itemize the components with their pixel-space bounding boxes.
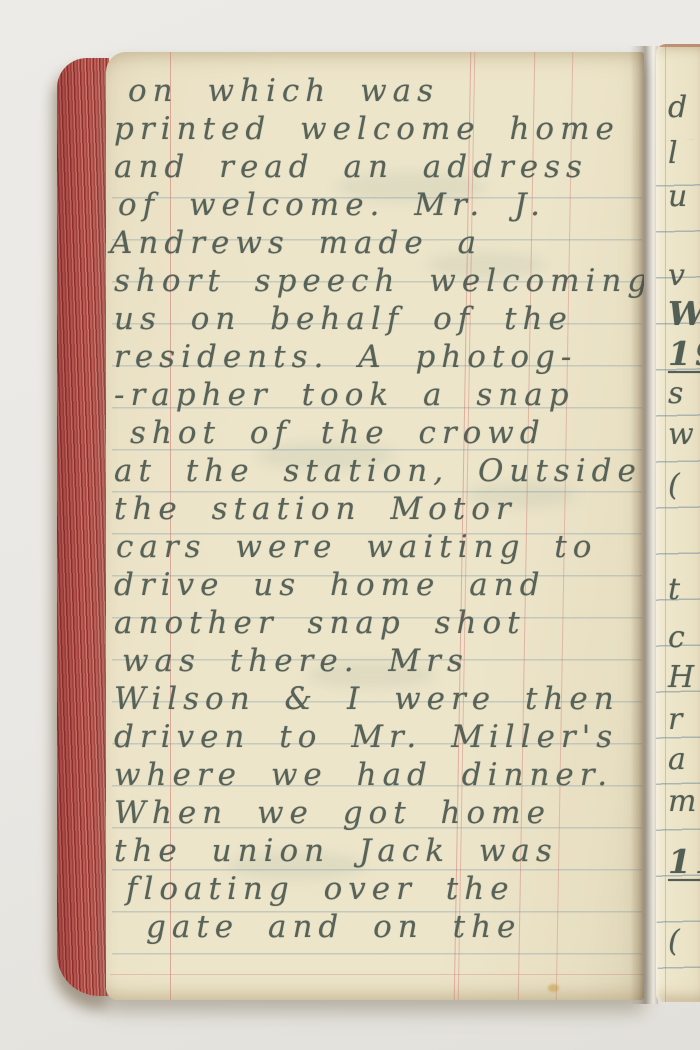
handwriting: on which was printed welcome home and re… [114, 72, 642, 946]
facing-page-fragment: l [668, 134, 682, 174]
facing-page-fragment: H [668, 658, 698, 698]
facing-page-fragment: W [668, 294, 700, 334]
handwritten-line: gate and on the [146, 908, 642, 946]
handwritten-line: short speech welcoming [114, 262, 642, 300]
handwritten-line: another snap shot [114, 604, 642, 642]
facing-page-fragment: r [668, 700, 686, 740]
diary-page: on which was printed welcome home and re… [106, 52, 644, 1000]
red-page-edges [57, 58, 109, 996]
handwritten-line: was there. Mrs [122, 642, 642, 680]
handwritten-line: and read an address [114, 148, 642, 186]
facing-page-margin-line [665, 44, 666, 1002]
handwritten-line: where we had dinner. [114, 756, 642, 794]
handwritten-line: printed welcome home [114, 110, 642, 148]
foot-rule-line [110, 974, 644, 975]
handwritten-line: the station Motor [114, 490, 642, 528]
facing-page-fragment: s [668, 374, 687, 414]
handwritten-line: cars were waiting to [116, 528, 642, 566]
facing-page-fragment: u [668, 177, 691, 217]
facing-page-fragment: a [668, 740, 690, 780]
handwritten-line: residents. A photog- [114, 338, 642, 376]
facing-page-fragment: t [668, 570, 684, 610]
facing-page-fragment: d [668, 88, 691, 128]
handwritten-line: When we got home [114, 794, 642, 832]
facing-page-fragment: m [668, 782, 700, 822]
handwritten-line: at the station, Outside [114, 452, 642, 490]
facing-page-fragment: ( [668, 466, 684, 506]
facing-page-fragment: ( [668, 922, 684, 962]
facing-page-fragment: c [668, 618, 689, 658]
facing-page-top-edge [656, 44, 700, 47]
handwritten-line: floating over the [126, 870, 642, 908]
facing-page-fragment: 11 [668, 842, 700, 882]
handwritten-line: -rapher took a snap [114, 376, 642, 414]
handwritten-line: the union Jack was [114, 832, 642, 870]
handwritten-line: us on behalf of the [114, 300, 642, 338]
handwritten-line: of welcome. Mr. J. [118, 186, 642, 224]
handwritten-line: on which was [128, 72, 642, 110]
facing-page-fragment: v [668, 256, 689, 296]
handwritten-line: drive us home and [114, 566, 642, 604]
facing-page-sliver: d l u v W 19 s w ( t c H r a m 11 ( [656, 44, 700, 1002]
handwritten-line: Wilson & I were then [114, 680, 642, 718]
facing-page-fragment: 19 [668, 334, 700, 374]
facing-page-fragment: w [668, 415, 698, 455]
photograph-backdrop: { "diary": { "lines": [ "on which was", … [0, 0, 700, 1050]
handwritten-line: Andrews made a [110, 224, 642, 262]
handwritten-line: driven to Mr. Miller's [114, 718, 642, 756]
gutter-shadow [630, 46, 658, 1004]
paper-stain [548, 984, 559, 992]
handwritten-line: shot of the crowd [130, 414, 642, 452]
